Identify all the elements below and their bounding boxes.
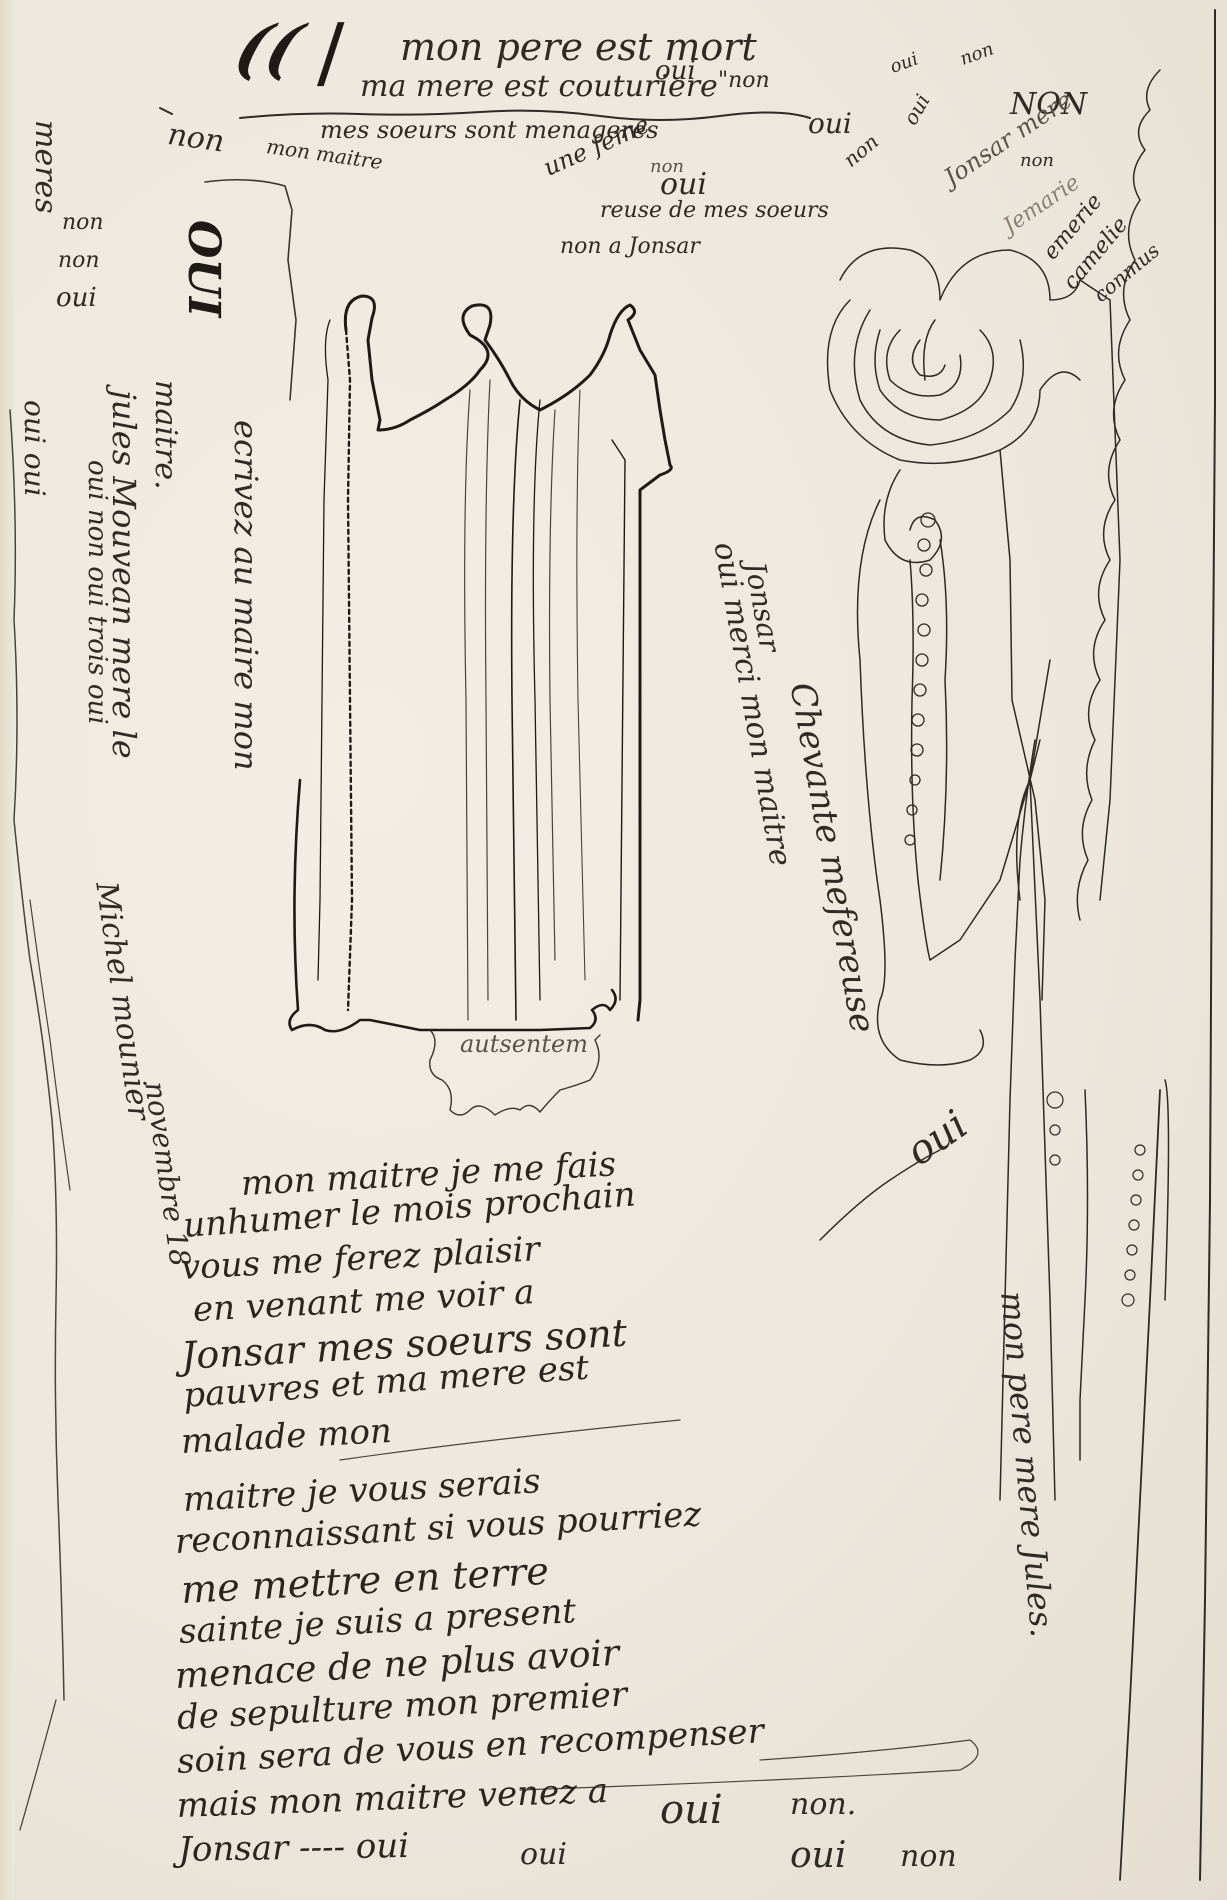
left-margin-border [10, 410, 64, 1700]
left-big-oui: OUI [181, 220, 225, 317]
header-marks: (( | [227, 18, 354, 82]
letter-body: mon maitre je me fais unhumer le mois pr… [170, 1150, 990, 1890]
footer-oui-2: oui [660, 1790, 723, 1830]
castle-drawing [290, 296, 672, 1115]
castle-caption: autsentem [460, 1032, 588, 1056]
left-stack-non-2: non [58, 250, 100, 272]
header-reuse-soeurs: reuse de mes soeurs [600, 200, 829, 222]
left-stack-oui: oui [56, 285, 97, 311]
left-meres: meres [30, 120, 60, 214]
header-line-pere: mon pere est mort [400, 28, 757, 66]
footer-oui-4: oui [790, 1838, 846, 1874]
middle-chevante: Chevante mefereuse [785, 680, 880, 1035]
top-right-non-3: non [1020, 152, 1054, 170]
header-non-jonsar: non a Jonsar [560, 236, 700, 258]
left-stack-non-1: non [62, 212, 104, 234]
top-right-oui-2: oui [900, 91, 933, 128]
footer-non-2: non [900, 1842, 957, 1872]
paper-edge [0, 0, 14, 1900]
left-col-jules: jules Mouvean mere le [108, 390, 140, 759]
top-right-jonsar-mere: Jonsar mere [940, 87, 1076, 190]
header-oui-mid: oui [660, 170, 707, 200]
letter-line: malade mon [180, 1411, 393, 1462]
header-insert-non: "non [718, 70, 770, 92]
left-col-maitre: maitre. [150, 380, 180, 490]
letter-line: Jonsar ---- oui [178, 1826, 409, 1870]
manuscript-page: (( | mon pere est mort oui ma mere est c… [0, 0, 1227, 1900]
top-right-non: non [958, 40, 996, 69]
header-non-left: non [166, 120, 226, 158]
header-line-mere: ma mere est couturiere [360, 72, 718, 102]
header-oui-right: oui [808, 110, 852, 138]
left-col-ecrivez: ecrivez au maire mon [230, 420, 262, 771]
letter-line: mais mon maitre venez a [176, 1771, 609, 1826]
footer-non-1: non. [790, 1790, 856, 1820]
left-col-oui-oui: oui oui [20, 400, 48, 497]
top-right-oui: oui [888, 50, 921, 77]
right-mon-pere-mere: mon pere mere Jules. [996, 1290, 1058, 1639]
footer-oui-1: oui [520, 1840, 567, 1870]
